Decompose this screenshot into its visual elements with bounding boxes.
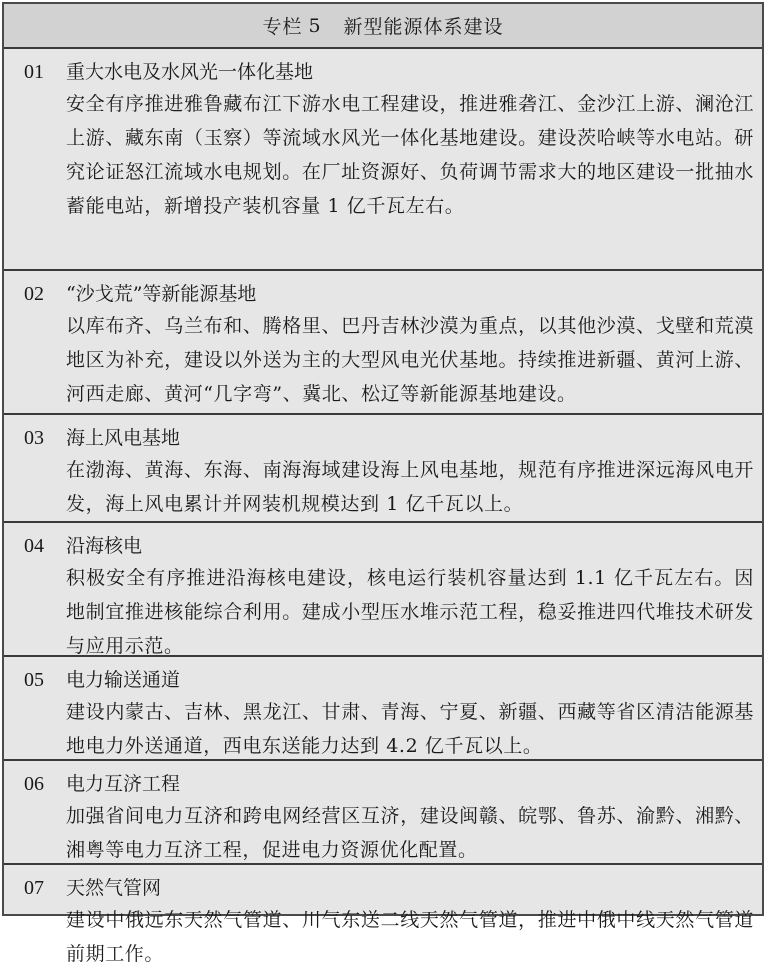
section-title: 沿海核电: [66, 533, 142, 559]
section-03: 03 海上风电基地 在渤海、黄海、东海、南海海域建设海上风电基地，规范有序推进深…: [4, 415, 762, 523]
section-02: 02 “沙戈荒”等新能源基地 以库布齐、乌兰布和、腾格里、巴丹吉林沙漠为重点，以…: [4, 271, 762, 415]
section-body: 加强省间电力互济和跨电网经营区互济，建设闽赣、皖鄂、鲁苏、渝黔、湘黔、湘粤等电力…: [66, 797, 754, 871]
section-number: 03: [24, 425, 66, 451]
section-body: 建设中俄远东天然气管道、川气东送二线天然气管道，推进中俄中线天然气管道前期工作。: [66, 901, 754, 920]
section-title: 重大水电及水风光一体化基地: [66, 59, 313, 85]
section-number: 02: [24, 281, 66, 307]
section-number: 04: [24, 533, 66, 559]
section-heading: 04 沿海核电: [24, 533, 754, 559]
section-title: 海上风电基地: [66, 425, 180, 451]
section-heading: 02 “沙戈荒”等新能源基地: [24, 281, 754, 307]
section-heading: 06 电力互济工程: [24, 771, 754, 797]
section-number: 05: [24, 667, 66, 693]
section-number: 01: [24, 59, 66, 85]
section-number: 07: [24, 875, 66, 901]
feature-box: 专栏 5 新型能源体系建设 01 重大水电及水风光一体化基地 安全有序推进雅鲁藏…: [2, 2, 764, 916]
section-body: 建设内蒙古、吉林、黑龙江、甘肃、青海、宁夏、新疆、西藏等省区清洁能源基地电力外送…: [66, 693, 754, 767]
section-heading: 05 电力输送通道: [24, 667, 754, 693]
section-heading: 01 重大水电及水风光一体化基地: [24, 59, 754, 85]
section-title: 天然气管网: [66, 875, 161, 901]
section-title: “沙戈荒”等新能源基地: [66, 281, 256, 307]
section-body: 在渤海、黄海、东海、南海海域建设海上风电基地，规范有序推进深远海风电开发，海上风…: [66, 451, 754, 525]
section-heading: 07 天然气管网: [24, 875, 754, 901]
header-title: 新型能源体系建设: [344, 12, 504, 39]
section-06: 06 电力互济工程 加强省间电力互济和跨电网经营区互济，建设闽赣、皖鄂、鲁苏、渝…: [4, 761, 762, 865]
header-label: 专栏: [262, 12, 302, 39]
section-04: 04 沿海核电 积极安全有序推进沿海核电建设，核电运行装机容量达到 1.1 亿千…: [4, 523, 762, 657]
section-title: 电力输送通道: [66, 667, 180, 693]
section-body: 以库布齐、乌兰布和、腾格里、巴丹吉林沙漠为重点，以其他沙漠、戈壁和荒漠地区为补充…: [66, 307, 754, 415]
section-body: 积极安全有序推进沿海核电建设，核电运行装机容量达到 1.1 亿千瓦左右。因地制宜…: [66, 559, 754, 667]
section-body: 安全有序推进雅鲁藏布江下游水电工程建设，推进雅砻江、金沙江上游、澜沧江上游、藏东…: [66, 85, 754, 227]
box-header: 专栏 5 新型能源体系建设: [4, 4, 762, 49]
section-07: 07 天然气管网 建设中俄远东天然气管道、川气东送二线天然气管道，推进中俄中线天…: [4, 865, 762, 920]
section-05: 05 电力输送通道 建设内蒙古、吉林、黑龙江、甘肃、青海、宁夏、新疆、西藏等省区…: [4, 657, 762, 761]
section-01: 01 重大水电及水风光一体化基地 安全有序推进雅鲁藏布江下游水电工程建设，推进雅…: [4, 49, 762, 271]
header-number: 5: [308, 15, 321, 37]
section-heading: 03 海上风电基地: [24, 425, 754, 451]
section-title: 电力互济工程: [66, 771, 180, 797]
section-number: 06: [24, 771, 66, 797]
